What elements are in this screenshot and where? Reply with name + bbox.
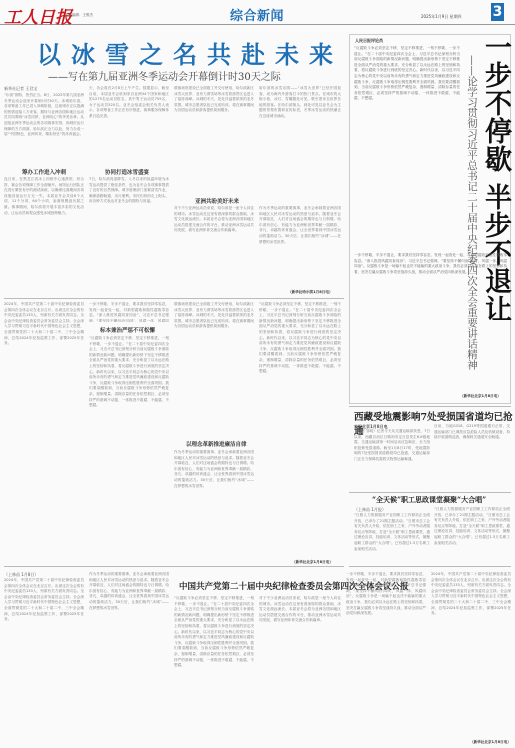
middle-column-3a: 联赛场馆建设已全面竣工并交付使用，哈尔滨新区冰雪大世界、亚布力滑雪场等冰雪旅游景…: [174, 302, 254, 437]
union-column-2: “日照人力资源服务产业园职工工作驿站正全面开放，已举办了21期主题活动。”日照市…: [434, 507, 510, 565]
commentary-label: 人民日报评论员: [355, 38, 383, 44]
lead-subhead-2: 协同打造冰雪盛宴: [105, 168, 149, 176]
bottom-column-2: 作为冬季运动的重要赛事，亚冬会承载着亚洲各国和地区人民对冰雪运动的热爱与追求。随…: [89, 572, 169, 746]
lead-subhead-3: 亚洲共盼美好未来: [195, 197, 239, 205]
lead-credit: （新华社哈尔滨1月8日电）: [288, 290, 333, 295]
lead-column-3b: 对于不少亚洲运动员来说，哈尔滨是一座令人向往的城市。冰雪运动在这里有着深厚的群众…: [174, 206, 254, 294]
tibet-column-2: 目前，当地G318、G219等国道通行正常，交通运输部门已调派应急抢险人员及机械…: [434, 424, 510, 489]
divider: [4, 566, 344, 567]
middle-column-1: 2024年，中国共产党第二十届中央纪律检查委员会第四次全体会议在北京召开。出席这…: [4, 302, 84, 564]
editor-credit: 责任编辑：王维杰: [65, 13, 93, 18]
commentary-body: “反腐败斗争必须坚定不移、坚定不移推进，一刻不停歇、一步不退让。”在二十届中央纪…: [354, 46, 460, 251]
middle-subhead-1: 标本兼治严惩不可松懈: [100, 326, 155, 334]
commentary-credit: （新华社北京1月8日电）: [460, 394, 501, 399]
middle-column-2b: “反腐败斗争必须坚定不移、坚定不移推进，一刻不停歇、一步不退让。”在二十届中央纪…: [89, 336, 169, 564]
divider: [4, 298, 344, 299]
lead-column-2b: 7日，哈尔滨再迎降雪。入冬以来的低温环境为冰雪运动提供了绝佳条件，也为亚冬会各项…: [89, 177, 169, 294]
bottom-column-1: 2024年，中国共产党第二十届中央纪律检查委员会第四次全体会议在北京召开。出席这…: [4, 578, 84, 746]
page-header: 工人日报 责任编辑：王维杰 综合新闻 2025年1月9日 星期四 3: [0, 0, 515, 25]
divider: [349, 492, 511, 493]
masthead-logo: 工人日报: [4, 3, 72, 28]
lead-subheadline: ——写在第九届亚洲冬季运动会开幕倒计时30天之际: [48, 68, 281, 83]
lead-subhead-1: 筹办工作进入冲刺: [22, 168, 66, 176]
section-title: 综合新闻: [230, 5, 284, 24]
tibet-column-1: （记者 邹明）记者今天从交通运输部获悉，7日以来，西藏自治区日喀则市定日县发生6…: [354, 429, 430, 489]
bottom-column-5: 一步不停歇，半步不退让，要求我们坚持零容忍，发现一起查处一起，对新型腐败和隐性腐…: [346, 572, 426, 746]
lead-column-4b: 作为冬季运动的重要赛事，亚冬会承载着亚洲各国和地区人民对冰雪运动的热爱与追求。随…: [259, 206, 341, 290]
lead-column-1b: 连日来，在黑龙江省冰上训练中心速滑馆、综合馆，赛会各项保障工作全面铺开。场馆运行…: [4, 177, 84, 294]
bottom-column-4: 对于不少亚洲运动员来说，哈尔滨是一座令人向往的城市。冰雪运动在这里有着深厚的群众…: [259, 596, 341, 746]
middle-credit: （新华社北京1月8日电）: [292, 560, 333, 565]
lead-column-2: 天，各会将在2月8日上午产生。数据显示，截至目前，本届亚冬会收到来自亚洲34个国…: [89, 86, 169, 166]
lead-column-4: 哈尔滨的冰雪乐园——“冰雪大世界”已经开园迎客，成为海内外游客打卡的热门景点。在…: [259, 86, 341, 206]
middle-subhead-2: 以理念革新推进廉洁自律: [186, 440, 247, 448]
union-headline: “全天候”职工思政课堂凝聚“大合唱”: [372, 495, 486, 505]
commentary-body-2: 一步不停歇，半步不退让，要求我们坚持零容忍，发现一起查处一起，对新型腐败和隐性腐…: [354, 253, 507, 393]
lead-column-1: “尔滨”期待，热烈正当。8日，2025年第九届亚洲冬季运动会迎来开幕倒计时30天…: [4, 93, 84, 167]
middle-column-4: “反腐败斗争必须坚定不移、坚定不移推进，一刻不停歇、一步不退让。”在二十届中央纪…: [259, 302, 341, 560]
lead-headline: 以冰雪之名共赴未来: [37, 35, 343, 70]
bottom-credit: （新华社北京1月8日电）: [470, 740, 511, 745]
middle-column-3b: 作为冬季运动的重要赛事，亚冬会承载着亚洲各国和地区人民对冰雪运动的热爱与追求。随…: [174, 450, 254, 564]
union-column-1: “日照人力资源服务产业园职工工作驿站正全面开放，已举办了21期主题活动。”日照市…: [354, 513, 430, 565]
divider: [349, 406, 511, 407]
bottom-column-3: “反腐败斗争必须坚定不移、坚定不移推进，一刻不停歇、一步不退让。”在二十届中央纪…: [174, 596, 254, 746]
middle-column-2a: 一步不停歇，半步不退让，要求我们坚持零容忍，发现一起查处一起，对新型腐败和隐性腐…: [89, 302, 169, 322]
lead-byline: 新华社记者 王君宝: [4, 86, 37, 92]
bottom-column-6: 2024年，中国共产党第二十届中央纪律检查委员会第四次全体会议在北京召开。出席这…: [431, 572, 511, 740]
issue-date: 2025年1月9日 星期四: [421, 14, 462, 20]
page-number-badge: 3: [491, 3, 504, 21]
divider: [349, 566, 511, 567]
lead-column-3: 联赛场馆建设已全面竣工并交付使用，哈尔滨新区冰雪大世界、亚布力滑雪场等冰雪旅游景…: [174, 86, 254, 196]
